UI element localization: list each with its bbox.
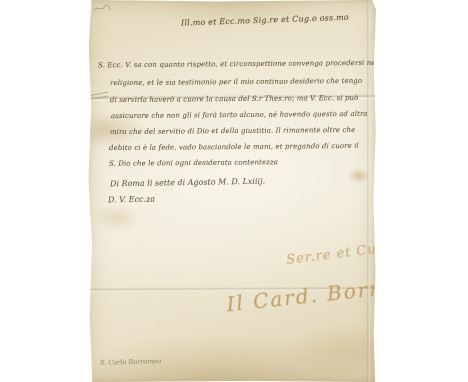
letter-sheet: Ill.mo et Ecc.mo Sig.re et Cug.o oss.mo … (88, 0, 376, 382)
fold-crease-lower (88, 286, 376, 292)
fold-crease-upper (88, 94, 376, 101)
letter-body-line: di servirla haverò a cuore la causa del … (110, 94, 359, 104)
letter-valediction: D. V. Ecc.za (108, 195, 155, 205)
letter-signature: Il Card. Borromeo (225, 270, 376, 317)
pencil-attribution-note: S. Carlo Borromeo (100, 357, 161, 367)
letter-body-line: religione, et le sia testimonio per il m… (110, 77, 362, 87)
letter-dateline: Di Roma li sette di Agosto M. D. Lxiiij. (110, 177, 265, 189)
fold-tick-marks (88, 89, 110, 105)
letter-body-line: mira che del servitio di Dio et della gi… (110, 126, 355, 136)
letter-closing: Ser.re et Cug.o (286, 239, 376, 268)
fold-crease-vertical (367, 0, 370, 382)
corner-pencil-mark (92, 2, 112, 16)
letter-body-line: S. Ecc. V. sa con quanto rispetto, et ci… (98, 59, 376, 70)
photo-background: Ill.mo et Ecc.mo Sig.re et Cug.o oss.mo … (0, 0, 468, 382)
letter-body-line: S. Dio che le doni ogni desiderata conte… (109, 158, 278, 167)
letter-header: Ill.mo et Ecc.mo Sig.re et Cug.o oss.mo (181, 13, 331, 27)
letter-body-line: assicurare che non gli si farà torto alc… (111, 110, 368, 120)
letter-body-line: debito ci è la fede, vado basciandole le… (109, 142, 359, 152)
